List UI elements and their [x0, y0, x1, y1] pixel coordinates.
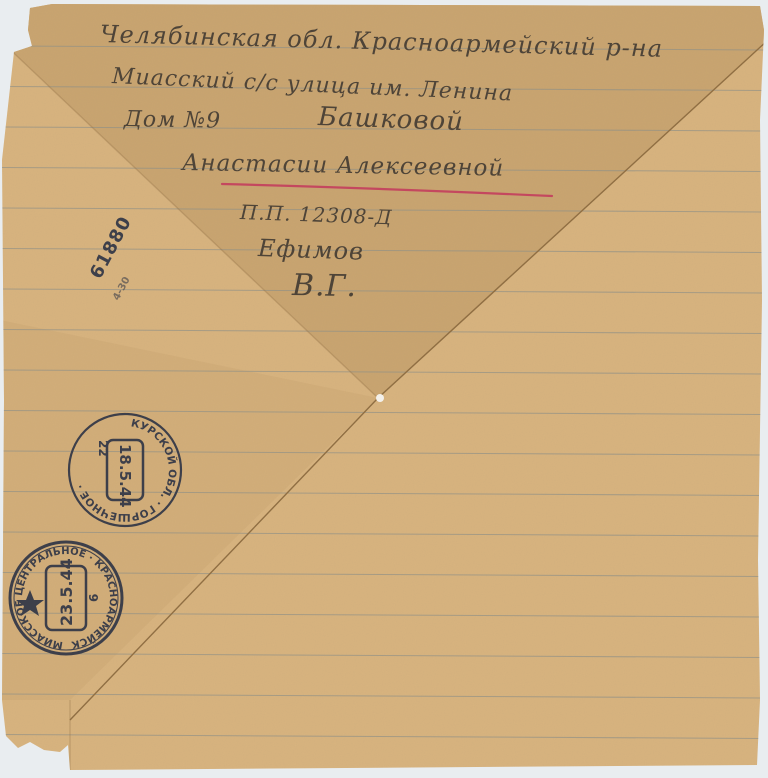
svg-text:22: 22 [96, 440, 110, 457]
address-line-3-house: Дом №9 [124, 107, 222, 134]
svg-text:18.5.44: 18.5.44 [116, 444, 134, 508]
svg-text:6: 6 [87, 594, 101, 602]
pin-hole [376, 394, 384, 402]
sender-initials: В.Г. [292, 268, 358, 304]
recipient-surname: Башковой [317, 102, 464, 137]
sender-surname: Ефимов [258, 234, 365, 266]
svg-text:23.5.44: 23.5.44 [57, 558, 76, 626]
